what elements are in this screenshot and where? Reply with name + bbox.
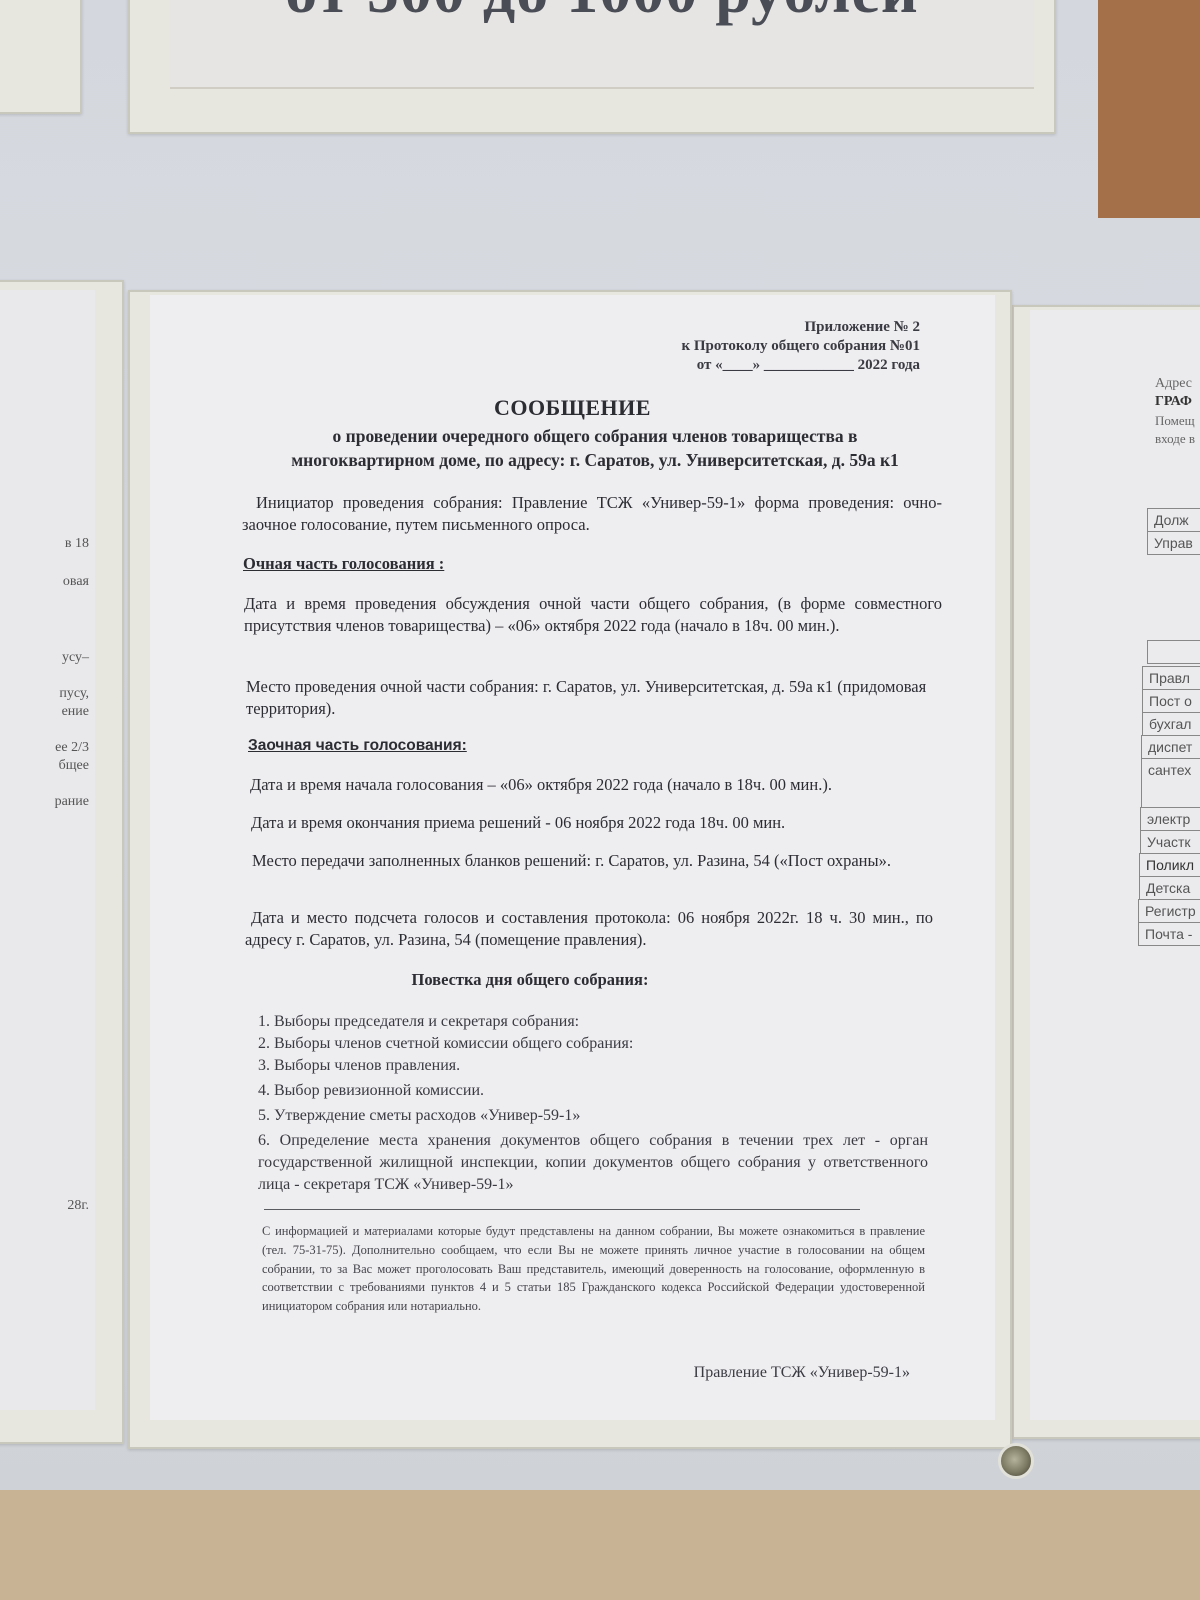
agenda-item: 3. Выборы членов правления.: [258, 1055, 928, 1077]
right-header-line: ГРАФ: [1155, 394, 1192, 410]
top-banner-frame: от 500 до 1000 рублей: [128, 0, 1056, 134]
right-table-cell: Управ: [1147, 531, 1200, 555]
left-snippet: пусу,: [59, 686, 89, 702]
right-table-cell: Правл: [1142, 666, 1200, 690]
top-banner-sheet: от 500 до 1000 рублей: [170, 0, 1034, 89]
top-left-frame: [0, 0, 82, 114]
appendix-line: от «____» ____________ 2022 года: [681, 356, 920, 375]
absentee-drop-off: Место передачи заполненных бланков решен…: [252, 850, 934, 872]
subtitle-line: о проведении очередного общего собрания …: [230, 424, 960, 448]
right-header-line: Помещ: [1155, 413, 1195, 429]
right-table-cell: бухгал: [1142, 712, 1200, 736]
agenda-item: 1. Выборы председателя и секретаря собра…: [258, 1011, 928, 1033]
appendix-line: Приложение № 2: [681, 318, 920, 337]
absentee-heading: Заочная часть голосования:: [248, 737, 467, 755]
left-snippet: бщее: [59, 758, 89, 774]
left-snippet: усу–: [62, 650, 89, 666]
right-table-cell: Регистр: [1138, 899, 1200, 923]
footnote: С информацией и материалами которые буду…: [262, 1222, 925, 1316]
notice-title: СООБЩЕНИЕ: [150, 395, 995, 421]
subtitle-line: многоквартирном доме, по адресу: г. Сара…: [230, 448, 960, 472]
right-table-cell: Участк: [1140, 830, 1200, 854]
cork-board: [1098, 0, 1200, 218]
right-table-cell: [1147, 640, 1200, 664]
agenda-item: 6. Определение места хранения документов…: [258, 1130, 928, 1196]
floor: [0, 1490, 1200, 1600]
right-table-cell: Детска: [1139, 876, 1200, 900]
absentee-start: Дата и время начала голосования – «06» о…: [250, 774, 942, 796]
agenda-title: Повестка дня общего собрания:: [330, 970, 730, 990]
right-table-cell: электр: [1140, 807, 1200, 831]
left-sheet: в 18 овая усу– пусу, ение ее 2/3 бщее ра…: [0, 290, 95, 1410]
in-person-place: Место проведения очной части собрания: г…: [246, 676, 942, 720]
left-snippet: в 18: [65, 536, 89, 552]
right-header-line: Адрес: [1155, 376, 1192, 392]
right-table-cell: Долж: [1147, 508, 1200, 532]
appendix-reference: Приложение № 2 к Протоколу общего собран…: [681, 318, 920, 375]
right-table-cell: Почта -: [1138, 922, 1200, 946]
in-person-heading: Очная часть голосования :: [243, 554, 444, 574]
in-person-datetime: Дата и время проведения обсуждения очной…: [244, 593, 942, 637]
right-table-cell: Пост о: [1142, 689, 1200, 713]
separator-line: [264, 1209, 860, 1210]
left-snippet: овая: [63, 574, 89, 590]
top-banner-text: от 500 до 1000 рублей: [170, 0, 1034, 28]
notice-subtitle: о проведении очередного общего собрания …: [230, 424, 960, 472]
left-snippet: ее 2/3: [55, 740, 89, 756]
right-table-cell: сантех: [1141, 758, 1200, 808]
appendix-line: к Протоколу общего собрания №01: [681, 337, 920, 356]
initiator-paragraph: Инициатор проведения собрания: Правление…: [242, 492, 942, 536]
absentee-count: Дата и место подсчета голосов и составле…: [245, 907, 933, 951]
right-table-cell: диспет: [1141, 735, 1200, 759]
agenda-item: 4. Выбор ревизионной комиссии.: [258, 1080, 928, 1102]
agenda-item: 5. Утверждение сметы расходов «Универ-59…: [258, 1105, 928, 1127]
left-snippet: рание: [55, 794, 89, 810]
right-table-cell: Поликл: [1139, 853, 1200, 877]
signature: Правление ТСЖ «Универ-59-1»: [694, 1364, 910, 1382]
agenda-item: 2. Выборы членов счетной комиссии общего…: [258, 1033, 928, 1055]
right-header-line: входе в: [1155, 431, 1195, 447]
screw-icon: [998, 1443, 1034, 1479]
absentee-end: Дата и время окончания приема решений - …: [251, 812, 943, 834]
left-snippet: ение: [62, 704, 89, 720]
left-snippet: 28г.: [67, 1198, 89, 1214]
